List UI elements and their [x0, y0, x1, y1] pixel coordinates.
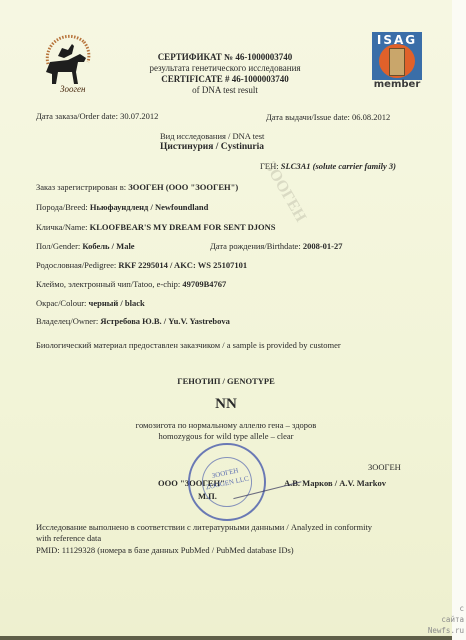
site-watermark-line2: сайта — [441, 615, 464, 624]
isag-member-logo: ISAG member — [372, 32, 422, 92]
dna-test-label: Вид исследования / DNA test — [160, 131, 264, 141]
field-registered: Заказ зарегистрирован в: ЗООГЕН (ООО "ЗО… — [36, 182, 238, 192]
certificate-subtitle-en: of DNA test result — [130, 85, 320, 96]
isag-logo-icon: ISAG — [372, 32, 422, 80]
zoogen-horse-logo-icon: Зооген — [38, 28, 94, 94]
field-pedigree: Родословная/Pedigree: RKF 2295014 / AKC:… — [36, 260, 247, 270]
analysis-note-line1: Исследование выполнено в соответствии с … — [36, 522, 372, 532]
field-birthdate: Дата рождения/Birthdate: 2008-01-27 — [210, 241, 342, 251]
site-watermark-line3: Newfs.ru — [428, 626, 464, 635]
genotype-value: NN — [0, 396, 452, 413]
sample-note: Биологический материал предоставлен зака… — [36, 340, 341, 350]
issue-date: Дата выдачи/Issue date: 06.08.2012 — [266, 112, 390, 122]
certificate-paper: Зооген СЕРТИФИКАТ № 46-1000003740 резуль… — [0, 0, 452, 636]
scan-bottom-edge — [0, 636, 452, 640]
certificate-title-ru: СЕРТИФИКАТ № 46-1000003740 — [130, 52, 320, 63]
field-breed: Порода/Breed: Ньюфаундленд / Newfoundlan… — [36, 202, 208, 212]
certificate-title-en: CERTIFICATE # 46-1000003740 — [130, 74, 320, 85]
svg-text:Зооген: Зооген — [60, 84, 86, 94]
genotype-description-en: homozygous for wild type allele – clear — [0, 431, 452, 441]
order-date: Дата заказа/Order date: 30.07.2012 — [36, 111, 158, 121]
genotype-description-ru: гомозигота по нормальному аллелю гена – … — [0, 420, 452, 430]
signature-org-short: ЗООГЕН — [368, 462, 401, 472]
scan-margin — [452, 0, 466, 640]
certificate-subtitle-ru: результата генетического исследования — [130, 63, 320, 74]
field-gender: Пол/Gender: Кобель / Male — [36, 241, 135, 251]
dna-test-name: Цистинурия / Cystinuria — [160, 142, 264, 152]
field-chip: Клеймо, электронный чип/Tatoo, e-chip: 4… — [36, 279, 226, 289]
field-owner: Владелец/Owner: Ястребова Ю.В. / Yu.V. Y… — [36, 316, 230, 326]
field-name: Кличка/Name: KLOOFBEAR'S MY DREAM FOR SE… — [36, 222, 276, 232]
analysis-note-line2: with reference data — [36, 533, 101, 543]
pmid-reference: PMID: 11129328 (номера в базе данных Pub… — [36, 545, 294, 555]
site-watermark-line1: с — [459, 604, 464, 613]
field-colour: Окрас/Colour: черный / black — [36, 298, 145, 308]
certificate-header: СЕРТИФИКАТ № 46-1000003740 результата ге… — [130, 52, 320, 96]
genotype-title: ГЕНОТИП / GENOTYPE — [0, 376, 452, 386]
